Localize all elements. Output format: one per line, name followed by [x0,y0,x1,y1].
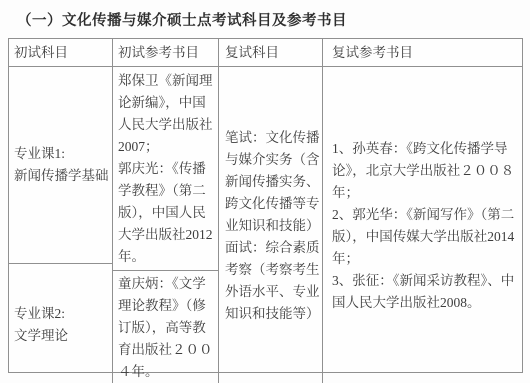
header-initial-refs: 初试参考书目 [113,39,218,67]
cell-subject-course1: 专业课1: 新闻传播学基础 [9,67,112,264]
subject-course2-text: 专业课2: 文学理论 [14,303,110,347]
cell-subject-course2: 专业课2: 文学理论 [9,264,112,383]
page-title: （一）文化传播与媒介硕士点考试科目及参考书目 [17,9,347,30]
header-retest-refs-label: 复试参考书目 [332,42,520,64]
column-initial-subjects: 初试科目 专业课1: 新闻传播学基础 专业课2: 文学理论 [9,39,113,383]
column-initial-refs: 初试参考书目 郑保卫《新闻理论新编》，中国人民大学出版社2007； 郭庆光：《传… [113,39,219,383]
header-initial-subjects: 初试科目 [9,39,112,67]
column-retest-subjects: 复试科目 笔试：文化传播与媒介实务（含新闻传播实务、跨文化传播等专业知识和技能）… [219,39,323,383]
cell-retest-refs: 1、孙英春：《跨文化传播学导论》，北京大学出版社２００８年； 2、郭光华：《新闻… [323,67,522,383]
initial-refs-course2-text: 童庆炳：《文学理论教程》（修订版），高等教育出版社２００４年。 [118,273,216,383]
header-initial-refs-label: 初试参考书目 [118,42,216,64]
retest-refs-text: 1、孙英春：《跨文化传播学导论》，北京大学出版社２００８年； 2、郭光华：《新闻… [332,138,520,314]
initial-refs-course1-text: 郑保卫《新闻理论新编》，中国人民大学出版社2007； 郭庆光：《传播学教程》（第… [118,70,216,268]
cell-initial-refs-course1: 郑保卫《新闻理论新编》，中国人民大学出版社2007； 郭庆光：《传播学教程》（第… [113,67,218,271]
column-retest-refs: 复试参考书目 1、孙英春：《跨文化传播学导论》，北京大学出版社２００８年； 2、… [323,39,522,383]
cell-retest-subjects: 笔试：文化传播与媒介实务（含新闻传播实务、跨文化传播等专业知识和技能） 面试：综… [219,67,322,383]
retest-subjects-text: 笔试：文化传播与媒介实务（含新闻传播实务、跨文化传播等专业知识和技能） 面试：综… [225,127,321,325]
cell-initial-refs-course2: 童庆炳：《文学理论教程》（修订版），高等教育出版社２００４年。 [113,271,218,383]
subject-course1-text: 专业课1: 新闻传播学基础 [14,143,110,187]
exam-reference-table: 初试科目 专业课1: 新闻传播学基础 专业课2: 文学理论 初试参考书目 郑保卫… [8,38,523,373]
header-retest-subjects: 复试科目 [219,39,322,67]
header-initial-subjects-label: 初试科目 [14,42,110,64]
header-retest-refs: 复试参考书目 [323,39,522,67]
header-retest-subjects-label: 复试科目 [225,42,321,64]
